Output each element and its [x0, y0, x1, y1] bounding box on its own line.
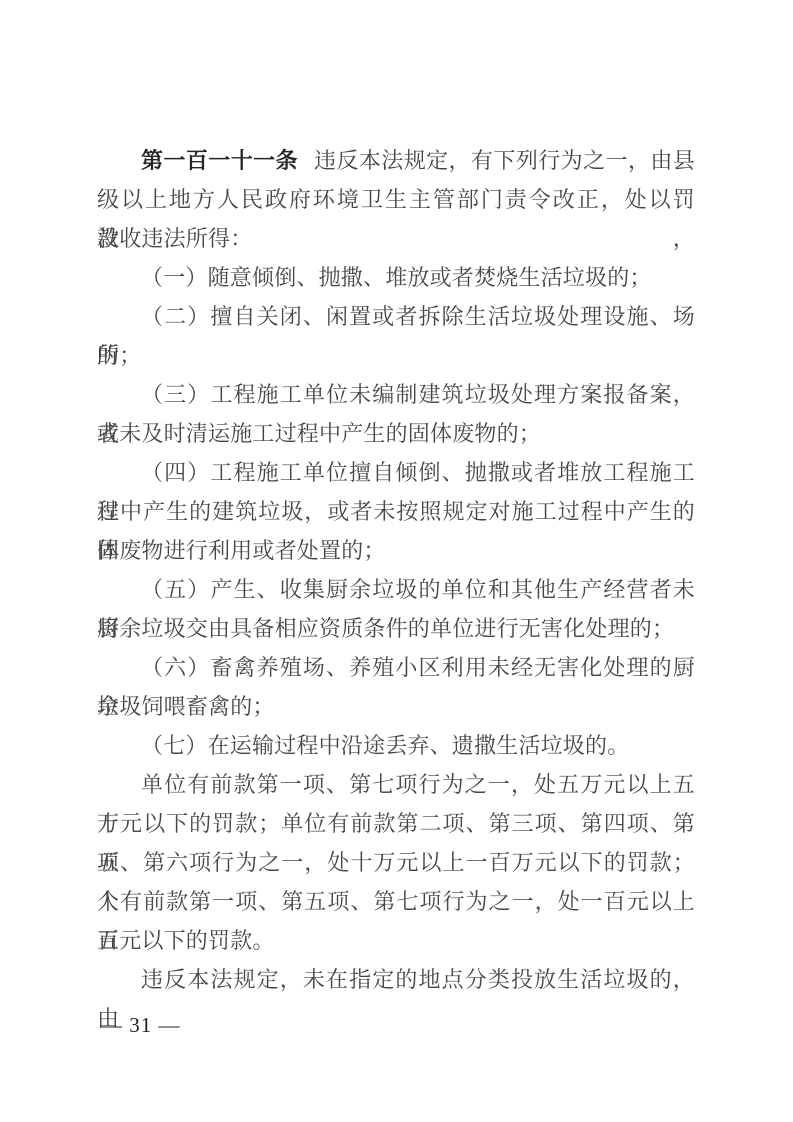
text-line: （五）产生、收集厨余垃圾的单位和其他生产经营者未将: [97, 570, 695, 609]
text-line: 级以上地方人民政府环境卫生主管部门责令改正，处以罚款，: [97, 180, 695, 219]
text-line: 的；: [97, 336, 695, 375]
article-number: 第一百一十一条: [141, 148, 298, 173]
text-line: （六）畜禽养殖场、养殖小区利用未经无害化处理的厨余: [97, 648, 695, 687]
page-number: — 31 —: [101, 1012, 181, 1038]
text-line: 者未及时清运施工过程中产生的固体废物的；: [97, 414, 695, 453]
text-line: 人有前款第一项、第五项、第七项行为之一，处一百元以上五: [97, 882, 695, 921]
text-line: 单位有前款第一项、第七项行为之一，处五万元以上五十: [97, 765, 695, 804]
text-line: 第一百一十一条违反本法规定，有下列行为之一，由县: [97, 141, 695, 180]
text-line: 程中产生的建筑垃圾，或者未按照规定对施工过程中产生的固: [97, 492, 695, 531]
document-page: 第一百一十一条违反本法规定，有下列行为之一，由县 级以上地方人民政府环境卫生主管…: [0, 0, 793, 1122]
text-line: （一）随意倾倒、抛撒、堆放或者焚烧生活垃圾的；: [97, 258, 695, 297]
text-line: 违反本法规定，未在指定的地点分类投放生活垃圾的，由: [97, 960, 695, 999]
line-text: 违反本法规定，有下列行为之一，由县: [314, 148, 695, 173]
text-line: （四）工程施工单位擅自倾倒、抛撒或者堆放工程施工过: [97, 453, 695, 492]
article-text-block: 第一百一十一条违反本法规定，有下列行为之一，由县 级以上地方人民政府环境卫生主管…: [97, 141, 695, 999]
text-line: 体废物进行利用或者处置的；: [97, 531, 695, 570]
text-line: 项、第六项行为之一，处十万元以上一百万元以下的罚款；个: [97, 843, 695, 882]
text-line: （二）擅自关闭、闲置或者拆除生活垃圾处理设施、场所: [97, 297, 695, 336]
text-line: 万元以下的罚款；单位有前款第二项、第三项、第四项、第五: [97, 804, 695, 843]
text-line: 百元以下的罚款。: [97, 921, 695, 960]
text-line: （三）工程施工单位未编制建筑垃圾处理方案报备案，或: [97, 375, 695, 414]
text-line: 垃圾饲喂畜禽的；: [97, 687, 695, 726]
text-line: 厨余垃圾交由具备相应资质条件的单位进行无害化处理的；: [97, 609, 695, 648]
text-line: （七）在运输过程中沿途丢弃、遗撒生活垃圾的。: [97, 726, 695, 765]
